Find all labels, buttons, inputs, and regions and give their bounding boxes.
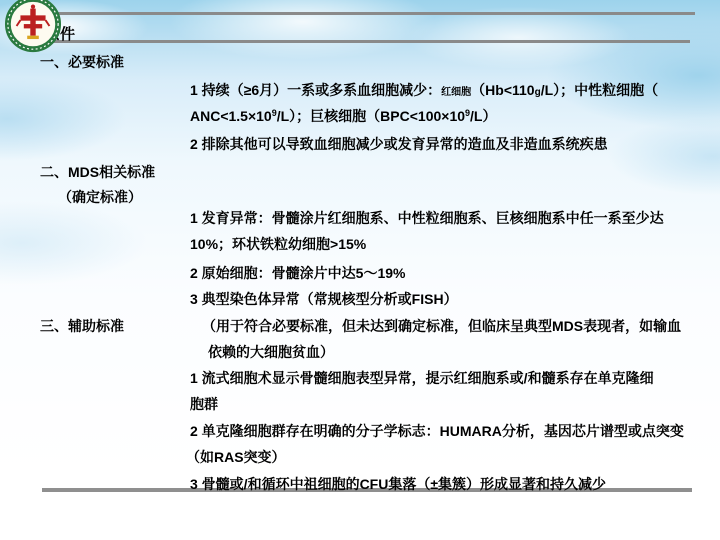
necessary-criterion-2: 2 排除其他可以导致血细胞减少或发育异常的造血及非造血系统疾患	[190, 134, 608, 154]
section-three-label: 三、辅助标准	[40, 316, 124, 336]
auxiliary-criterion-2-line-1: 2 单克隆细胞群存在明确的分子学标志：HUMARA分析，基因芯片谱型或点突变	[190, 421, 684, 441]
related-criterion-1-line-2: 10%；环状铁粒幼细胞>15%	[190, 234, 366, 254]
text-fragment: /L）；巨核细胞（BPC<100×10	[277, 108, 465, 124]
medical-university-seal-icon	[4, 0, 62, 55]
auxiliary-criterion-1-line-2: 胞群	[190, 394, 218, 414]
section-two-label: 二、MDS相关标准	[40, 162, 155, 182]
auxiliary-criterion-2-line-2: （如RAS突变）	[186, 447, 286, 467]
text-fragment: /L）	[470, 108, 496, 124]
text-fragment: ANC<1.5×10	[190, 108, 272, 124]
title-underline-rule	[38, 40, 690, 43]
section-one-label: 一、必要标准	[40, 52, 124, 72]
auxiliary-criterion-1-line-1: 1 流式细胞术显示骨髓细胞表型异常，提示红细胞系或/和髓系存在单克隆细	[190, 368, 654, 388]
text-fragment: 1 持续（≥6月）一系或多系血细胞减少：	[190, 82, 441, 98]
exponent-fragment: 9	[465, 108, 470, 118]
auxiliary-criterion-3: 3 骨髓或/和循环中祖细胞的CFU集落（±集簇）形成显著和持久减少	[190, 474, 606, 494]
necessary-criterion-1-line-2: ANC<1.5×109/L）；巨核细胞（BPC<100×109/L）	[190, 106, 497, 126]
auxiliary-note-line-2: 依赖的大细胞贫血）	[208, 342, 334, 362]
related-criterion-2: 2 原始细胞：骨髓涂片中达5～19%	[190, 263, 405, 283]
exponent-fragment: 9	[272, 108, 277, 118]
auxiliary-note-line-1: （用于符合必要标准，但未达到确定标准，但临床呈典型MDS表现者，如输血	[202, 316, 681, 336]
section-two-note: （确定标准）	[58, 187, 142, 207]
text-fragment: /L）；中性粒细胞（	[541, 82, 658, 98]
related-criterion-1-line-1: 1 发育异常：骨髓涂片红细胞系、中性粒细胞系、巨核细胞系中任一系至少达	[190, 208, 664, 228]
related-criterion-3: 3 典型染色体异常（常规核型分析或FISH）	[190, 289, 458, 309]
necessary-criterion-1-line-1: 1 持续（≥6月）一系或多系血细胞减少：红细胞（Hb<110g/L）；中性粒细胞…	[190, 80, 658, 100]
header-top-rule	[45, 12, 695, 15]
text-fragment-small: 红细胞	[441, 87, 471, 98]
text-fragment: （Hb<110	[471, 82, 534, 98]
slide-canvas: 条件 一、必要标准 二、MDS相关标准 （确定标准） 三、辅助标准 1 持续（≥…	[0, 0, 720, 540]
